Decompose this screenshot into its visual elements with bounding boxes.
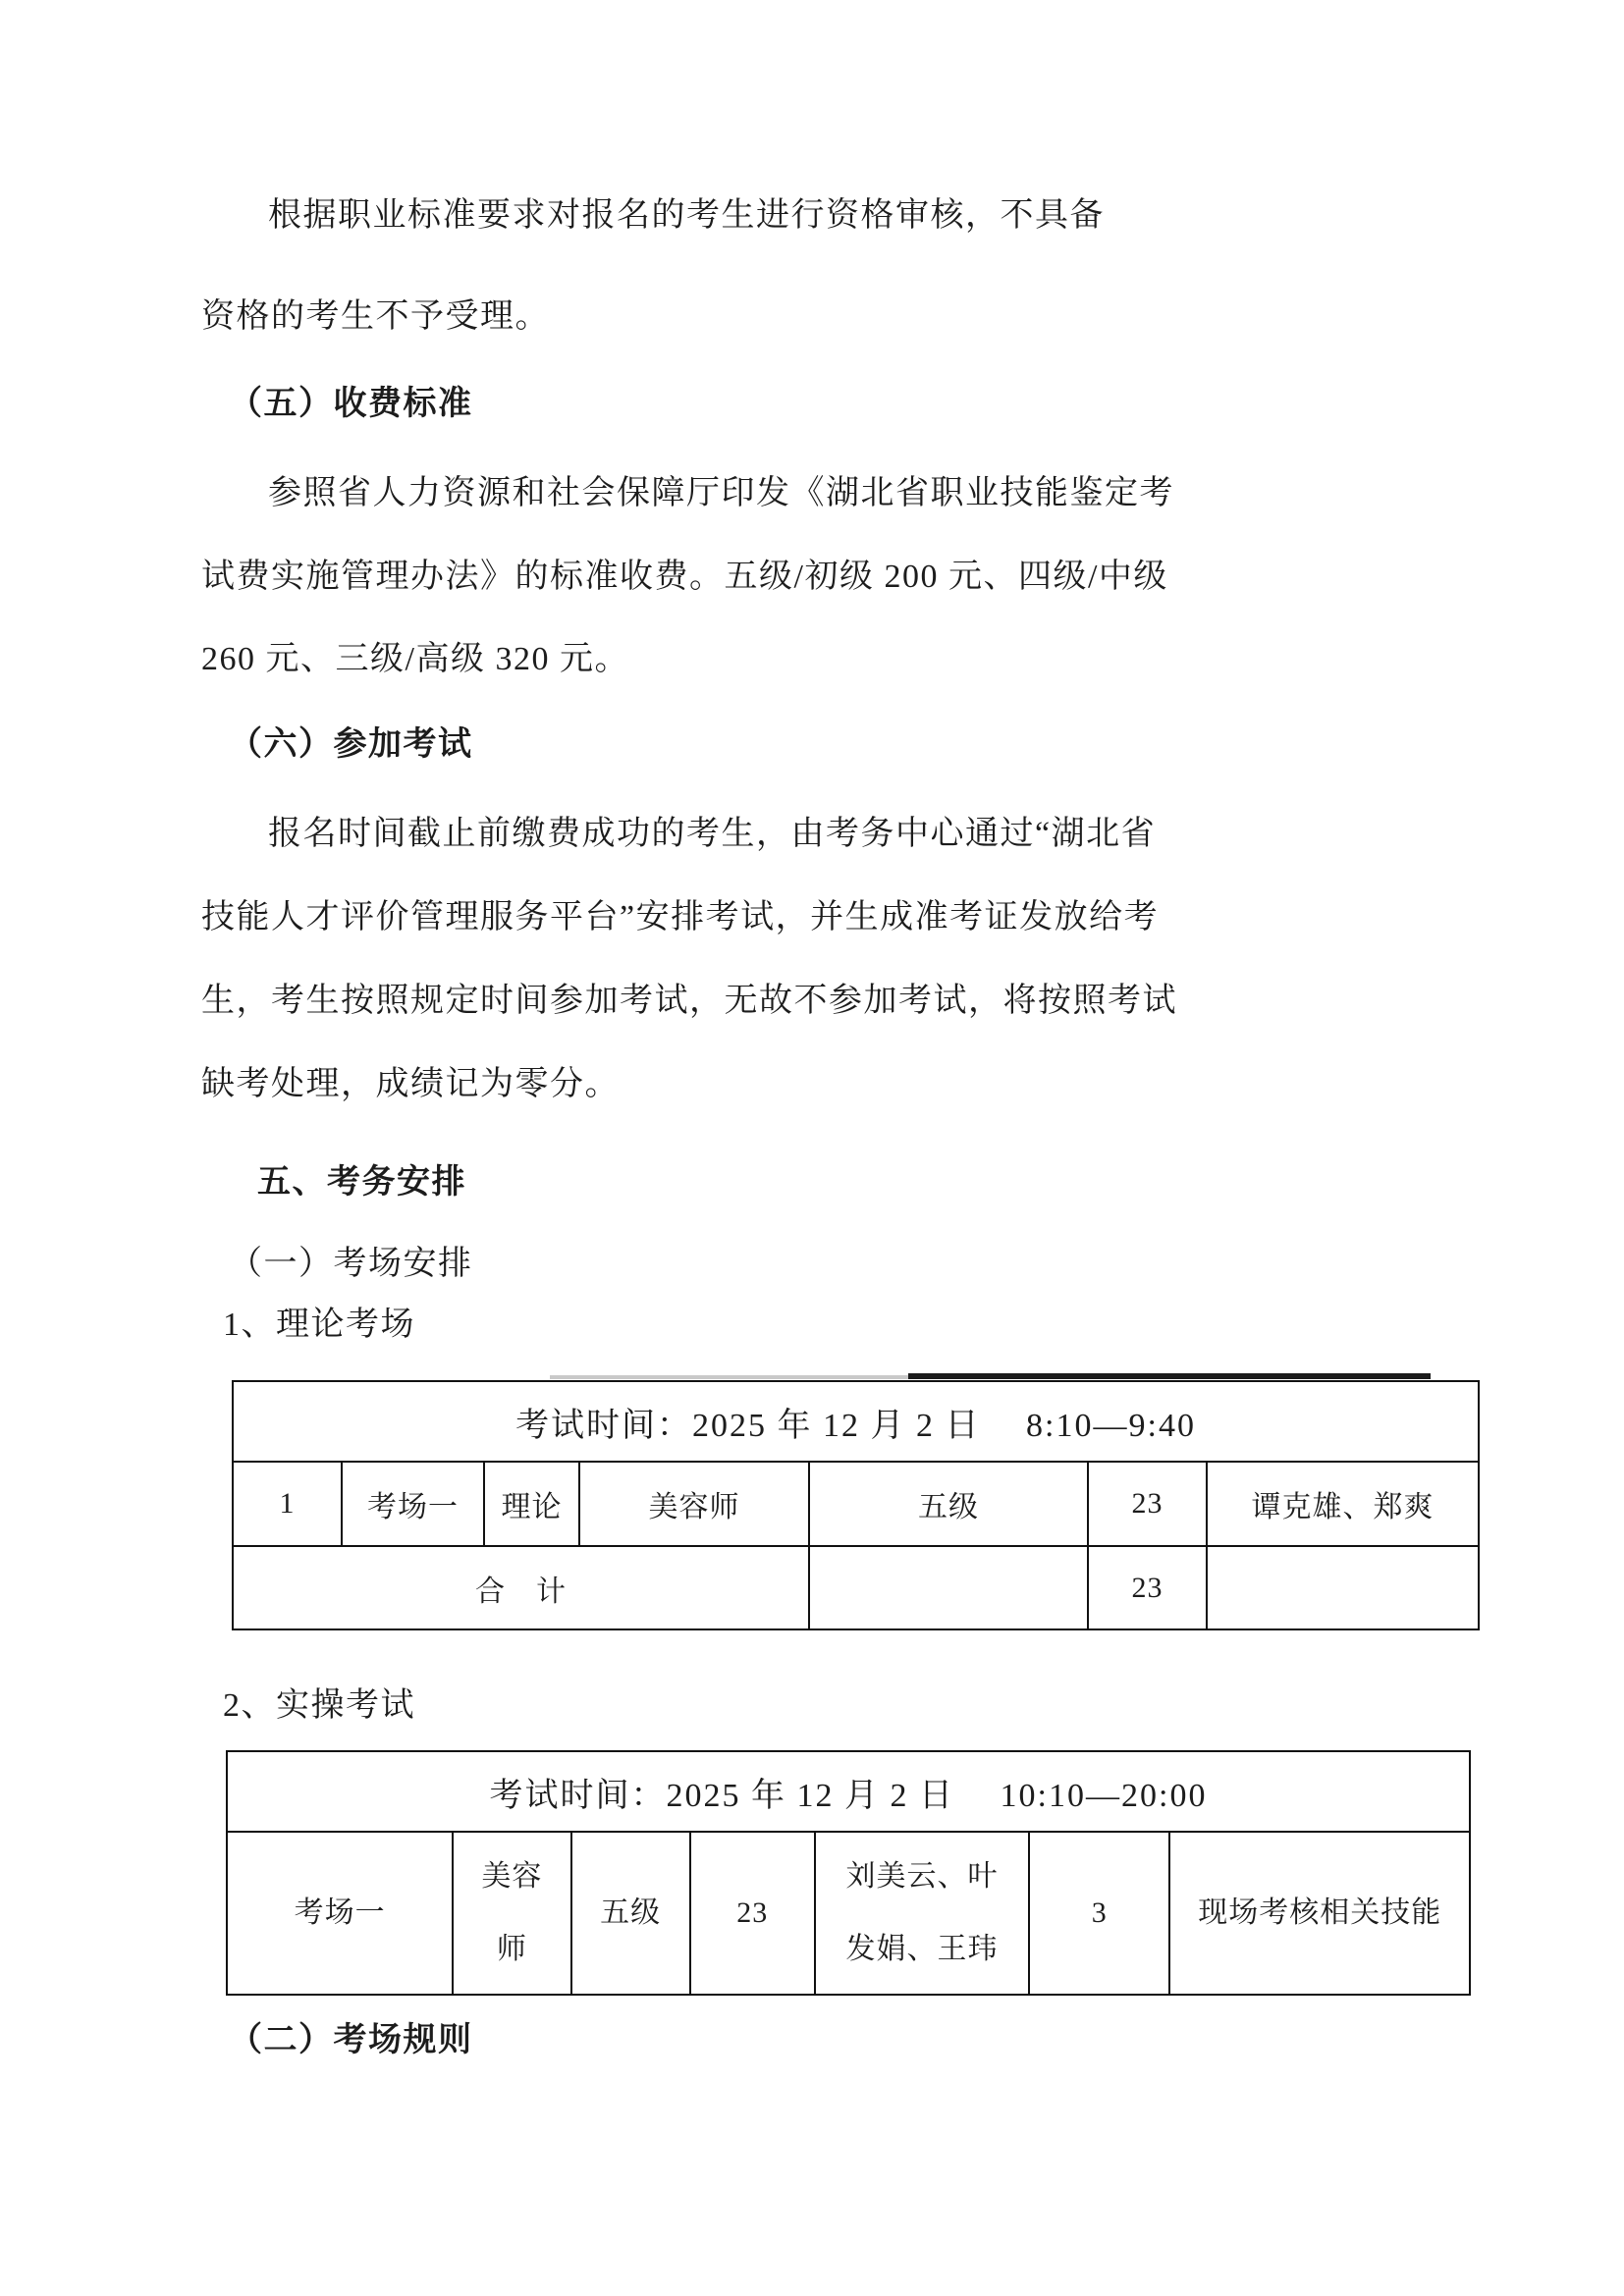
paragraph-fee-line3: 260 元、三级/高级 320 元。 [201, 638, 629, 681]
paragraph-fee-line1: 参照省人力资源和社会保障厅印发《湖北省职业技能鉴定考 [268, 472, 1174, 515]
section-heading-exam-affairs: 五、考务安排 [257, 1161, 466, 1204]
empty-cell [1207, 1546, 1479, 1629]
theory-row-number: 1 [233, 1462, 342, 1546]
theory-table-total-row: 合 计 23 [233, 1546, 1479, 1629]
theory-table-caption-row: 考试时间：2025 年 12 月 2 日 8:10—9:40 [233, 1381, 1479, 1462]
paragraph-qualification-line2: 资格的考生不予受理。 [201, 295, 550, 339]
practical-row-candidate-count: 23 [690, 1832, 815, 1995]
paragraph-attend-line1: 报名时间截止前缴费成功的考生，由考务中心通过“湖北省 [268, 813, 1156, 856]
theory-total-candidate-count: 23 [1088, 1546, 1207, 1629]
practical-row-occupation: 美容师 [453, 1832, 570, 1995]
practical-table-caption-row: 考试时间：2025 年 12 月 2 日 10:10—20:00 [227, 1751, 1470, 1832]
theory-row-exam-type: 理论 [484, 1462, 579, 1546]
subsection-heading-venue-arrangement: （一）考场安排 [229, 1243, 473, 1286]
subsection-heading-practical-exam: 2、实操考试 [223, 1684, 415, 1728]
paragraph-attend-line3: 生，考生按照规定时间参加考试，无故不参加考试，将按照考试 [201, 980, 1177, 1023]
theory-row-examiners: 谭克雄、郑爽 [1207, 1462, 1479, 1546]
practical-row-note: 现场考核相关技能 [1169, 1832, 1470, 1995]
paragraph-qualification-line1: 根据职业标准要求对报名的考生进行资格审核，不具备 [268, 194, 1105, 238]
document-page: 根据职业标准要求对报名的考生进行资格审核，不具备 资格的考生不予受理。 （五）收… [0, 0, 1624, 2296]
practical-row-level: 五级 [571, 1832, 690, 1995]
paragraph-attend-line4: 缺考处理，成绩记为零分。 [201, 1063, 620, 1106]
theory-row-occupation: 美容师 [579, 1462, 809, 1546]
practical-row-group-count: 3 [1029, 1832, 1169, 1995]
practical-row-venue: 考场一 [227, 1832, 453, 1995]
section-heading-attend-exam: （六）参加考试 [229, 723, 473, 767]
theory-row-level: 五级 [809, 1462, 1088, 1546]
theory-exam-time: 考试时间：2025 年 12 月 2 日 8:10—9:40 [233, 1381, 1479, 1462]
section-heading-fee-standard: （五）收费标准 [229, 383, 473, 426]
scan-artifact-gray [550, 1375, 908, 1379]
paragraph-attend-line2: 技能人才评价管理服务平台”安排考试，并生成准考证发放给考 [201, 896, 1159, 939]
practical-exam-table: 考试时间：2025 年 12 月 2 日 10:10—20:00 考场一 美容师… [226, 1750, 1471, 1996]
theory-table-row: 1 考场一 理论 美容师 五级 23 谭克雄、郑爽 [233, 1462, 1479, 1546]
theory-row-venue: 考场一 [342, 1462, 484, 1546]
empty-cell [809, 1546, 1088, 1629]
subsection-heading-theory-venue: 1、理论考场 [223, 1304, 415, 1347]
practical-row-examiners: 刘美云、叶发娟、王玮 [815, 1832, 1029, 1995]
scan-artifact-black [908, 1373, 1431, 1379]
section-heading-venue-rules: （二）考场规则 [229, 2019, 473, 2062]
theory-total-label: 合 计 [233, 1546, 809, 1629]
practical-exam-time: 考试时间：2025 年 12 月 2 日 10:10—20:00 [227, 1751, 1470, 1832]
theory-row-candidate-count: 23 [1088, 1462, 1207, 1546]
practical-table-row: 考场一 美容师 五级 23 刘美云、叶发娟、王玮 3 现场考核相关技能 [227, 1832, 1470, 1995]
theory-exam-table: 考试时间：2025 年 12 月 2 日 8:10—9:40 1 考场一 理论 … [232, 1380, 1480, 1630]
paragraph-fee-line2: 试费实施管理办法》的标准收费。五级/初级 200 元、四级/中级 [201, 556, 1168, 599]
